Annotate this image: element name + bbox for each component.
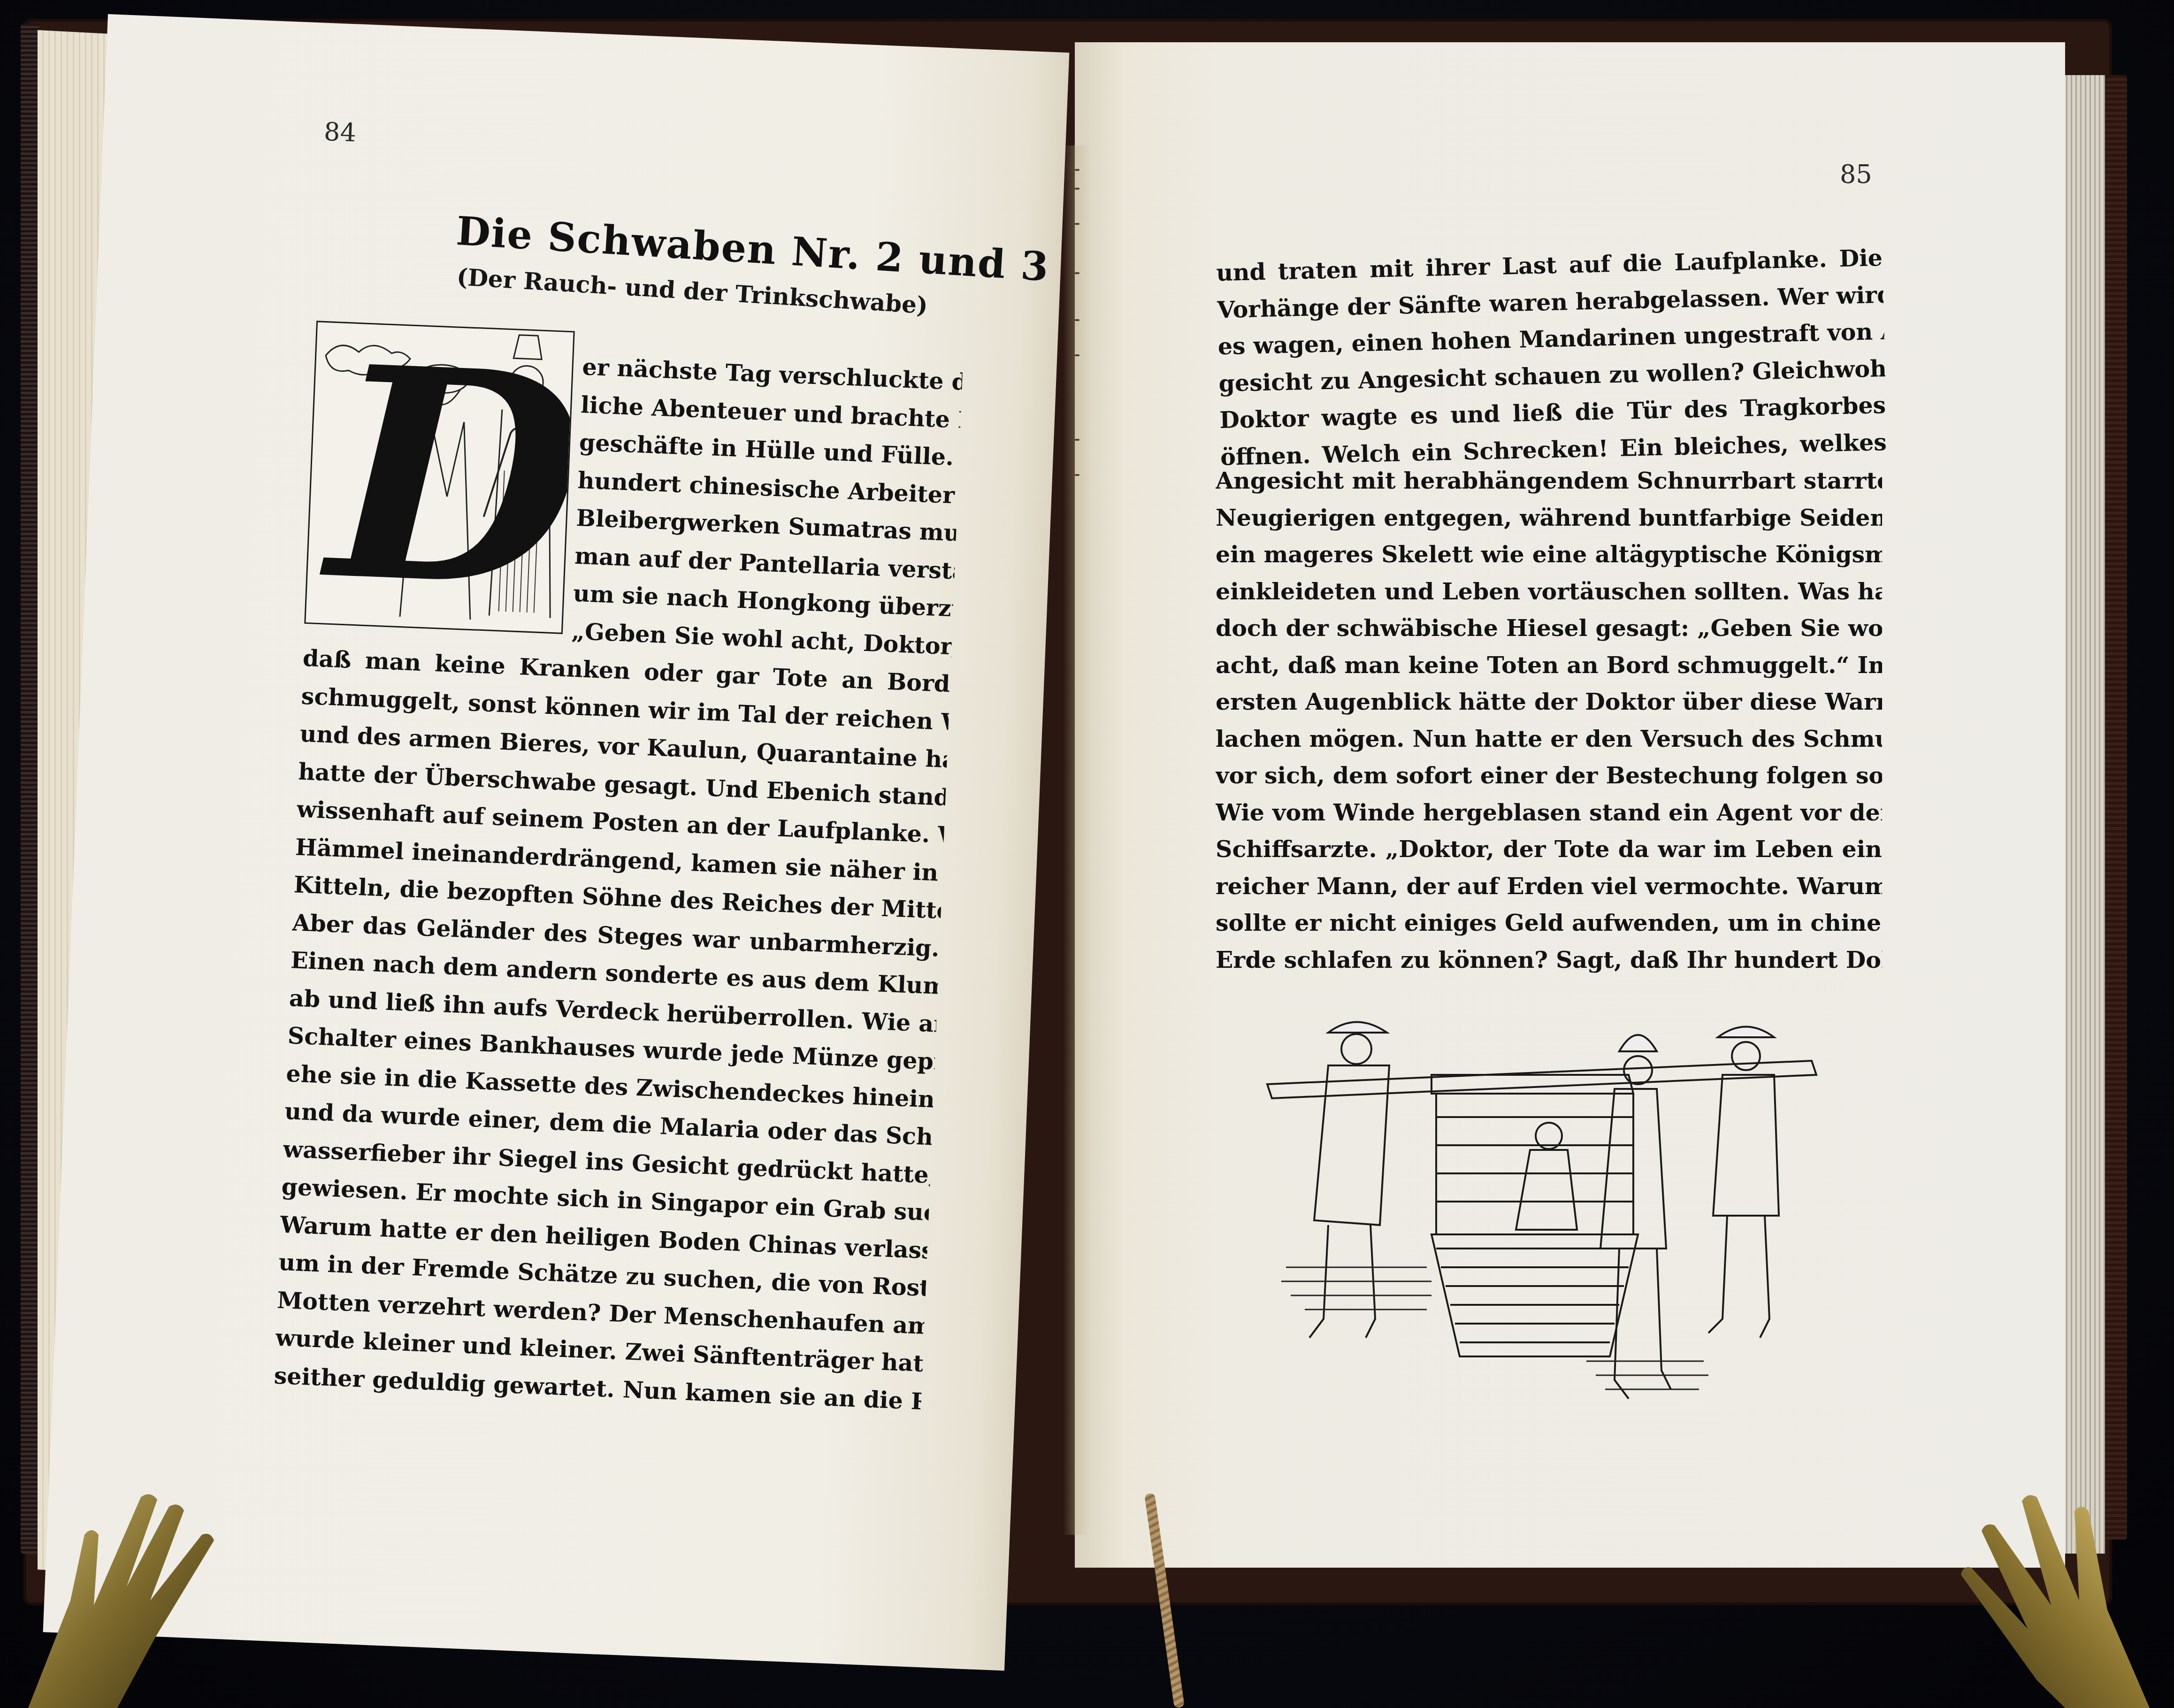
binding-stitch (1075, 188, 1079, 190)
text-line: Neugierigen entgegen, während buntfarbig… (1216, 499, 1882, 536)
left-text-body: daß man keine Kranken oder gar Tote an B… (273, 639, 951, 1420)
initial-illustration: D (304, 321, 574, 634)
text-line: ein mageres Skelett wie eine altägyptisc… (1216, 536, 1882, 573)
right-text-top: und traten mit ihrer Last auf die Laufpl… (1216, 239, 1887, 475)
text-line: sollte er nicht einiges Geld aufwenden, … (1216, 904, 1882, 942)
text-line: Erde schlafen zu können? Sagt, daß Ihr h… (1216, 942, 1882, 979)
text-line: Angesicht mit herabhängendem Schnurrbart… (1216, 462, 1882, 499)
page-number-right: 85 (1840, 160, 1872, 189)
book-spine-edge-left (21, 23, 39, 1554)
text-line: reicher Mann, der auf Erden viel vermoch… (1216, 868, 1882, 905)
text-line: acht, daß man keine Toten an Bord schmug… (1216, 647, 1882, 684)
binding-stitch (1075, 474, 1079, 476)
text-line: Wie vom Winde hergeblasen stand ein Agen… (1216, 794, 1882, 831)
initial-letter: D (325, 342, 575, 614)
binding-stitch (1075, 272, 1079, 274)
text-line: vor sich, dem sofort einer der Bestechun… (1216, 757, 1882, 794)
left-page: 84 Die Schwaben Nr. 2 und 3 (Der Rauch- … (43, 14, 1070, 1670)
page-number-left: 84 (323, 117, 357, 148)
book-gutter (1063, 146, 1091, 1535)
text-line: doch der schwäbische Hiesel gesagt: „Geb… (1216, 610, 1882, 647)
text-line: einkleideten und Leben vortäuschen sollt… (1216, 573, 1882, 610)
right-page: 85 und traten mit ihrer Last auf die Lau… (1075, 42, 2065, 1568)
sedan-chair-illustration-icon (1258, 1004, 1821, 1427)
binding-stitch (1075, 439, 1079, 441)
brass-hand-holder-right-icon (1887, 1469, 2174, 1708)
text-line: lachen mögen. Nun hatte er den Versuch d… (1216, 720, 1882, 758)
right-text-body: Angesicht mit herabhängendem Schnurrbart… (1216, 462, 1882, 978)
text-line: ersten Augenblick hätte der Doktor über … (1216, 683, 1882, 720)
binding-stitch (1075, 319, 1079, 321)
binding-stitch (1075, 223, 1079, 225)
binding-stitch (1075, 354, 1079, 356)
left-text-indented: er nächste Tag verschluckte das nächt- l… (571, 348, 963, 665)
brass-hand-holder-left-icon (0, 1478, 291, 1708)
binding-stitch (1075, 169, 1079, 171)
page-stack-right (2063, 75, 2105, 1554)
text-line: Schiffsarzte. „Doktor, der Tote da war i… (1216, 831, 1882, 868)
